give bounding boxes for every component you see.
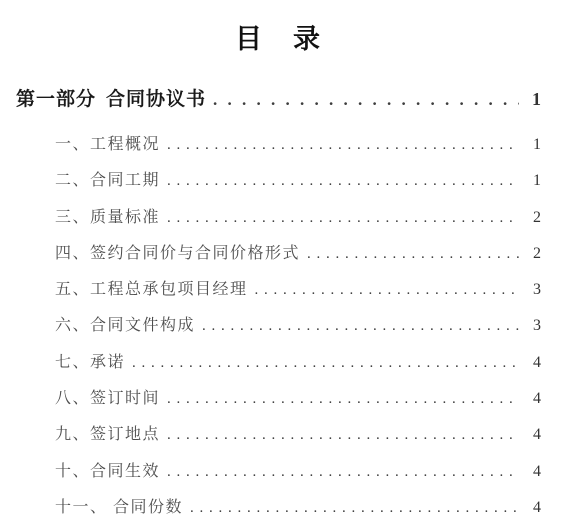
entry-title: 签订地点 [90,417,160,453]
toc-entry[interactable]: 三、 质量标准 . . . . . . . . . . . . . . . . … [16,200,541,236]
toc-page: 目 录 第一部分 合同协议书 . . . . . . . . . . . . .… [0,0,581,523]
page-number: 4 [527,345,541,381]
entry-title: 签订时间 [90,381,160,417]
page-number: 2 [527,236,541,272]
toc-entry[interactable]: 一、 工程概况 . . . . . . . . . . . . . . . . … [16,127,541,163]
dot-leader: . . . . . . . . . . . . . . . . . . . . … [167,200,519,236]
dot-leader: . . . . . . . . . . . . . . . . . . . . … [202,308,519,344]
toc-entry[interactable]: 九、 签订地点 . . . . . . . . . . . . . . . . … [16,417,541,453]
dot-leader: . . . . . . . . . . . . . . . . . . . . … [190,490,519,523]
entry-title: 工程概况 [90,127,160,163]
entry-number: 八、 [55,381,90,417]
entry-number: 第一部分 [16,88,96,112]
toc-entry[interactable]: 五、 工程总承包项目经理 . . . . . . . . . . . . . .… [16,272,541,308]
entry-title: 签约合同价与合同价格形式 [90,236,300,272]
entry-title: 承诺 [90,345,125,381]
dot-leader: . . . . . . . . . . . . . . . . . . . . … [167,381,519,417]
toc-entry[interactable]: 八、 签订时间 . . . . . . . . . . . . . . . . … [16,381,541,417]
dot-leader: . . . . . . . . . . . . . . . . . . . . … [167,127,519,163]
entry-title: 合同生效 [90,454,160,490]
entry-title: 合同文件构成 [90,308,195,344]
entry-number: 九、 [55,417,90,453]
dot-leader: . . . . . . . . . . . . . . . . . . . . … [255,272,519,308]
entry-title: 工程总承包项目经理 [90,272,248,308]
toc-entry[interactable]: 二、 合同工期 . . . . . . . . . . . . . . . . … [16,163,541,199]
toc-entry[interactable]: 四、 签约合同价与合同价格形式 . . . . . . . . . . . . … [16,236,541,272]
toc-entry[interactable]: 七、 承诺 . . . . . . . . . . . . . . . . . … [16,345,541,381]
entry-number: 五、 [55,272,90,308]
page-number: 3 [527,272,541,308]
entry-number: 三、 [55,200,90,236]
entry-number: 十、 [55,454,90,490]
toc-item-list: 一、 工程概况 . . . . . . . . . . . . . . . . … [16,127,541,523]
dot-leader: . . . . . . . . . . . . . . . . . . . . … [167,417,519,453]
page-number: 1 [527,127,541,163]
page-number: 2 [527,200,541,236]
page-number: 4 [527,417,541,453]
page-title: 目 录 [16,22,541,56]
entry-number: 六、 [55,308,90,344]
page-number: 3 [527,308,541,344]
entry-number: 七、 [55,345,90,381]
toc-entry[interactable]: 六、 合同文件构成 . . . . . . . . . . . . . . . … [16,308,541,344]
toc-entry[interactable]: 十一、 合同份数 . . . . . . . . . . . . . . . .… [16,490,541,523]
entry-title: 质量标准 [90,200,160,236]
page-number: 4 [527,490,541,523]
page-number: 1 [527,163,541,199]
page-number: 1 [527,87,541,111]
entry-number: 一、 [55,127,90,163]
entry-number: 四、 [55,236,90,272]
dot-leader: . . . . . . . . . . . . . . . . . . . . … [213,88,519,112]
dot-leader: . . . . . . . . . . . . . . . . . . . . … [132,345,519,381]
dot-leader: . . . . . . . . . . . . . . . . . . . . … [167,163,519,199]
dot-leader: . . . . . . . . . . . . . . . . . . . . … [167,454,519,490]
toc-part-entry[interactable]: 第一部分 合同协议书 . . . . . . . . . . . . . . .… [16,87,541,112]
page-number: 4 [527,381,541,417]
entry-title: 合同协议书 [106,88,206,112]
entry-number: 二、 [55,163,90,199]
page-number: 4 [527,454,541,490]
toc-entry[interactable]: 十、 合同生效 . . . . . . . . . . . . . . . . … [16,454,541,490]
entry-number: 十一、 [55,490,113,523]
dot-leader: . . . . . . . . . . . . . . . . . . . . … [307,236,519,272]
entry-title: 合同工期 [90,163,160,199]
entry-title: 合同份数 [113,490,183,523]
